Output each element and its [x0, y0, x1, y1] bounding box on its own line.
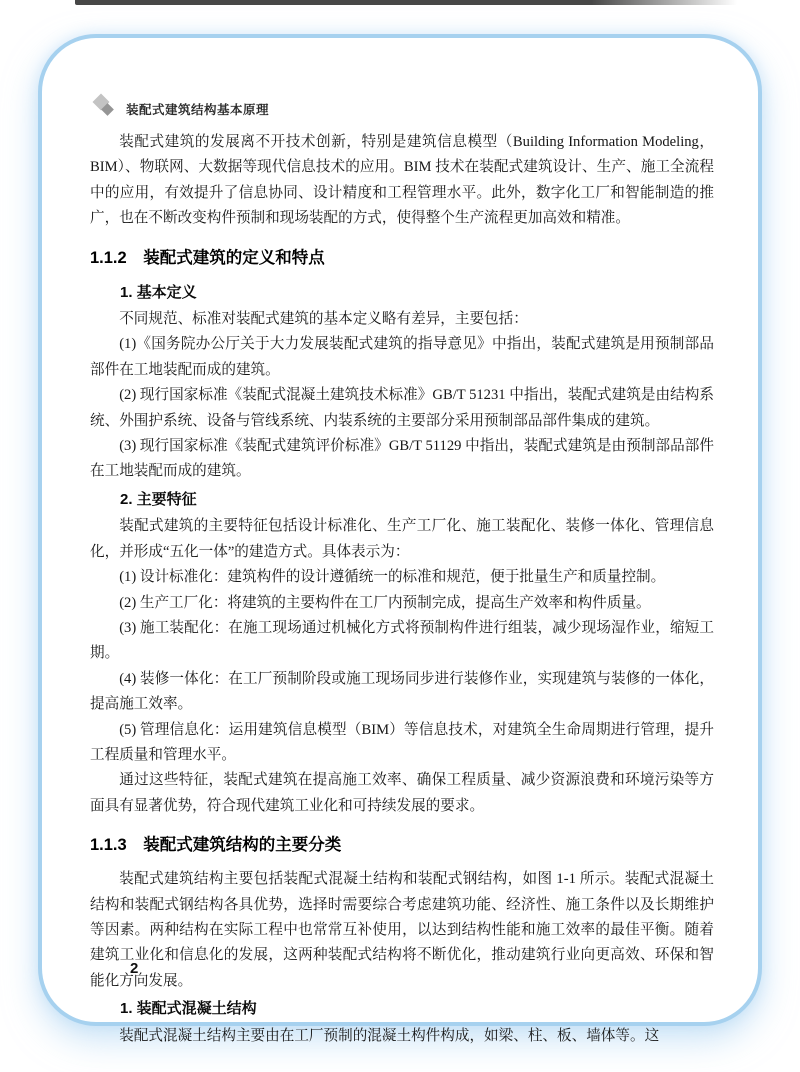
section-heading: 1.1.3 装配式建筑结构的主要分类 [90, 834, 714, 856]
paragraph: (2) 生产工厂化：将建筑的主要构件在工厂内预制完成，提高生产效率和构件质量。 [90, 591, 714, 616]
book-page: 装配式建筑结构基本原理 装配式建筑的发展离不开技术创新，特别是建筑信息模型（Bu… [38, 34, 762, 1026]
diamond-bullet-icon [92, 94, 116, 118]
paragraph: (3) 施工装配化：在施工现场通过机械化方式将预制构件进行组装，减少现场湿作业，… [90, 616, 714, 667]
scan-top-edge-strip [75, 0, 737, 5]
page-body-text: 装配式建筑的发展离不开技术创新，特别是建筑信息模型（Building Infor… [90, 130, 714, 1049]
paragraph: (3) 现行国家标准《装配式建筑评价标准》GB/T 51129 中指出，装配式建… [90, 434, 714, 485]
paragraph: (5) 管理信息化：运用建筑信息模型（BIM）等信息技术，对建筑全生命周期进行管… [90, 718, 714, 769]
paragraph: (2) 现行国家标准《装配式混凝土建筑技术标准》GB/T 51231 中指出，装… [90, 383, 714, 434]
paragraph: (1)《国务院办公厅关于大力发展装配式建筑的指导意见》中指出，装配式建筑是用预制… [90, 332, 714, 383]
section-heading: 2. 主要特征 [90, 487, 714, 512]
paragraph: 装配式混凝土结构主要由在工厂预制的混凝土构件构成，如梁、柱、板、墙体等。这 [90, 1024, 714, 1049]
section-heading: 1. 基本定义 [90, 280, 714, 305]
paragraph: 不同规范、标准对装配式建筑的基本定义略有差异，主要包括： [90, 307, 714, 332]
running-head-title: 装配式建筑结构基本原理 [126, 94, 269, 118]
paragraph: (1) 设计标准化：建筑构件的设计遵循统一的标准和规范，便于批量生产和质量控制。 [90, 565, 714, 590]
paragraph: 装配式建筑的发展离不开技术创新，特别是建筑信息模型（Building Infor… [90, 130, 714, 232]
section-heading: 1. 装配式混凝土结构 [90, 996, 714, 1021]
paragraph: 装配式建筑的主要特征包括设计标准化、生产工厂化、施工装配化、装修一体化、管理信息… [90, 514, 714, 565]
page-number: 2 [130, 960, 138, 977]
paragraph: (4) 装修一体化：在工厂预制阶段或施工现场同步进行装修作业，实现建筑与装修的一… [90, 667, 714, 718]
paragraph: 装配式建筑结构主要包括装配式混凝土结构和装配式钢结构，如图 1-1 所示。装配式… [90, 867, 714, 994]
page-content-area: 装配式建筑结构基本原理 装配式建筑的发展离不开技术创新，特别是建筑信息模型（Bu… [42, 38, 758, 1022]
paragraph: 通过这些特征，装配式建筑在提高施工效率、确保工程质量、减少资源浪费和环境污染等方… [90, 768, 714, 819]
running-head: 装配式建筑结构基本原理 [92, 94, 714, 118]
section-heading: 1.1.2 装配式建筑的定义和特点 [90, 247, 714, 269]
